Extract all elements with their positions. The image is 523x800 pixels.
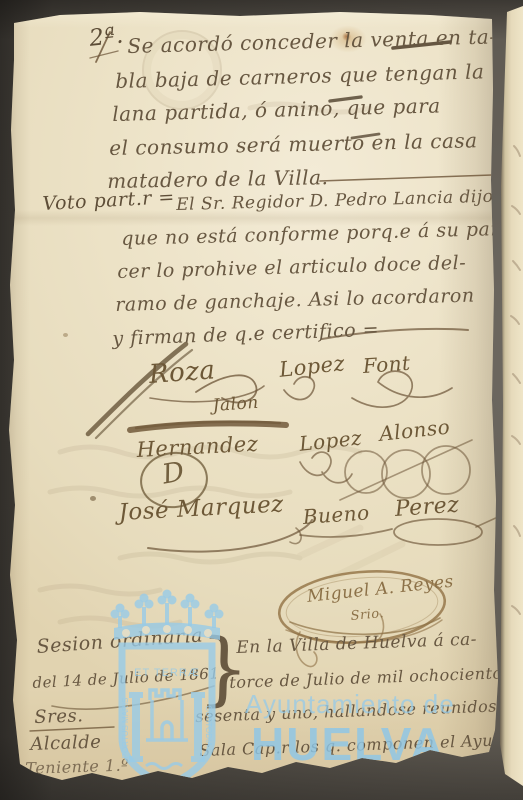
signature: Lopez <box>278 351 346 382</box>
manuscript-line: que no está conforme porq.e á su pare- <box>121 218 519 250</box>
manuscript-line: Sala Cap.r los q. componen el Ayunta- <box>199 730 523 760</box>
ink-speck <box>63 333 68 337</box>
manuscript-line: lana partida, ó anino, que para <box>112 93 441 126</box>
seal-signature-name: Miguel A. Reyes <box>306 572 455 607</box>
signature: Roza <box>148 355 216 390</box>
page-top-highlight <box>0 0 523 28</box>
adjacent-page-writing-marks <box>500 6 523 786</box>
signature: Jalon <box>212 393 259 416</box>
manuscript-line: En la Villa de Huelva á ca- <box>236 630 477 658</box>
signature: Hernandez <box>136 432 259 462</box>
manuscript-line: torce de Julio de mil ochocientos <box>229 663 512 692</box>
session-margin-line: Sres. <box>34 705 84 728</box>
signature-initial: D <box>160 456 187 490</box>
pillar-icon <box>129 692 205 762</box>
marginal-number: 2ª. <box>88 22 125 51</box>
manuscript-line: el consumo será muerto en la casa <box>109 128 478 160</box>
session-margin-line: Alcalde <box>30 732 102 755</box>
scanner-background: 2ª. Se acordó conceder la venta en ta- b… <box>0 0 523 800</box>
signature: José Marquez <box>118 491 284 526</box>
session-margin-line: Sesion ordinaria <box>36 624 204 658</box>
castle-icon <box>146 690 188 769</box>
signature: Perez <box>394 493 460 522</box>
adjacent-page-edge <box>500 6 523 786</box>
manuscript-line: ramo de ganchaje. Asi lo acordaron <box>115 285 475 316</box>
voto-margin-label: Voto part.r = <box>42 186 175 215</box>
signature: Font <box>362 351 411 378</box>
manuscript-line: y firman de q.e certifico = <box>112 319 379 350</box>
seal-signature-title: Srio. <box>350 606 385 624</box>
manuscript-page: 2ª. Se acordó conceder la venta en ta- b… <box>0 0 523 800</box>
signature: Bueno <box>302 500 370 529</box>
session-margin-line: del 14 de Julio de 1861. <box>32 664 225 692</box>
manuscript-line: cer lo prohive el articulo doce del- <box>117 252 466 283</box>
signature: Alonso <box>378 415 451 446</box>
manuscript-line: bla baja de carneros que tengan la <box>115 59 485 93</box>
session-margin-line: Teniente 1.º <box>25 755 129 778</box>
crest-motto-left: PORTUS MARIS <box>121 698 130 759</box>
page-left-edge-shading <box>0 0 30 800</box>
signature: Lopez <box>298 425 363 455</box>
manuscript-line: Se acordó conceder la venta en ta- <box>127 24 497 58</box>
ink-speck <box>90 496 96 501</box>
